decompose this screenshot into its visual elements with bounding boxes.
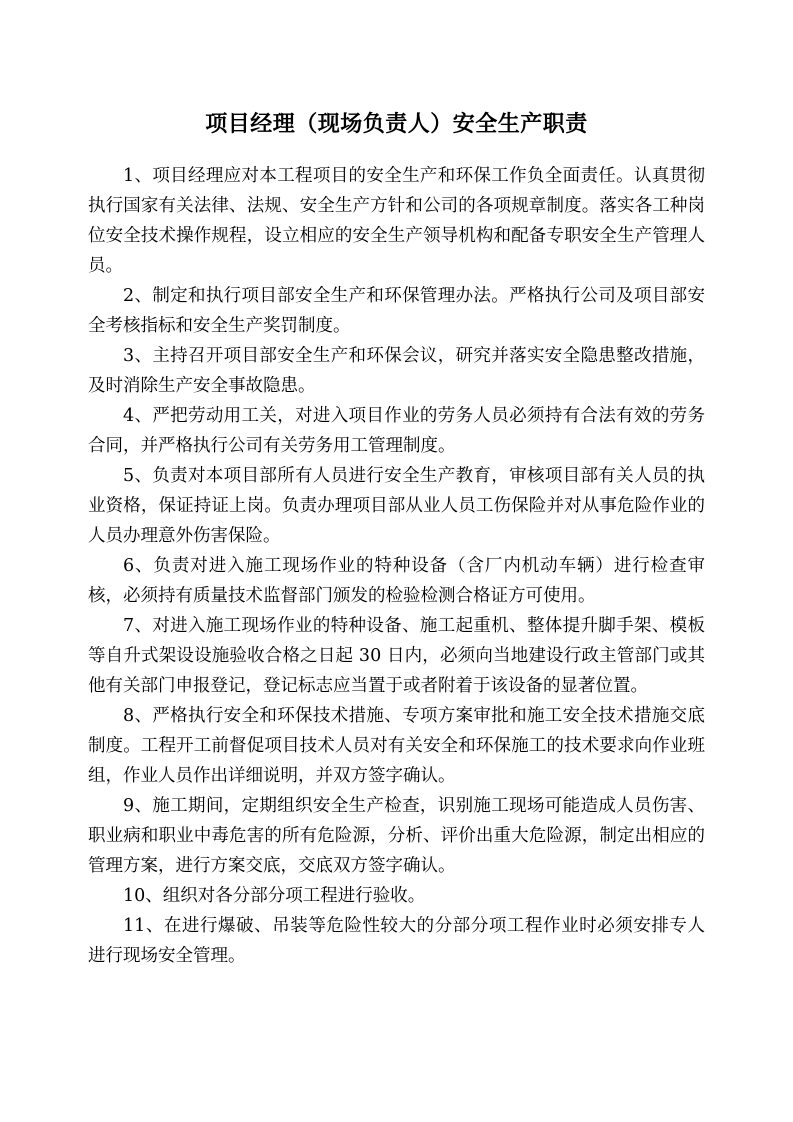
paragraph-1: 1、项目经理应对本工程项目的安全生产和环保工作负全面责任。认真贯彻执行国家有关法… [88, 161, 705, 281]
paragraph-11: 11、在进行爆破、吊装等危险性较大的分部分项工程作业时必须安排专人进行现场安全管… [88, 911, 705, 971]
paragraph-9: 9、施工期间，定期组织安全生产检查，识别施工现场可能造成人员伤害、职业病和职业中… [88, 791, 705, 881]
paragraph-5: 5、负责对本项目部所有人员进行安全生产教育，审核项目部有关人员的执业资格，保证持… [88, 461, 705, 551]
document-body: 1、项目经理应对本工程项目的安全生产和环保工作负全面责任。认真贯彻执行国家有关法… [88, 161, 705, 971]
paragraph-10: 10、组织对各分部分项工程进行验收。 [88, 881, 705, 911]
document-page: 项目经理（现场负责人）安全生产职责 1、项目经理应对本工程项目的安全生产和环保工… [0, 0, 793, 1122]
document-title: 项目经理（现场负责人）安全生产职责 [88, 105, 705, 143]
paragraph-4: 4、严把劳动用工关，对进入项目作业的劳务人员必须持有合法有效的劳务合同，并严格执… [88, 401, 705, 461]
paragraph-8: 8、严格执行安全和环保技术措施、专项方案审批和施工安全技术措施交底制度。工程开工… [88, 701, 705, 791]
paragraph-3: 3、主持召开项目部安全生产和环保会议，研究并落实安全隐患整改措施，及时消除生产安… [88, 341, 705, 401]
paragraph-6: 6、负责对进入施工现场作业的特种设备（含厂内机动车辆）进行检查审核，必须持有质量… [88, 551, 705, 611]
paragraph-2: 2、制定和执行项目部安全生产和环保管理办法。严格执行公司及项目部安全考核指标和安… [88, 281, 705, 341]
paragraph-7: 7、对进入施工现场作业的特种设备、施工起重机、整体提升脚手架、模板等自升式架设设… [88, 611, 705, 701]
